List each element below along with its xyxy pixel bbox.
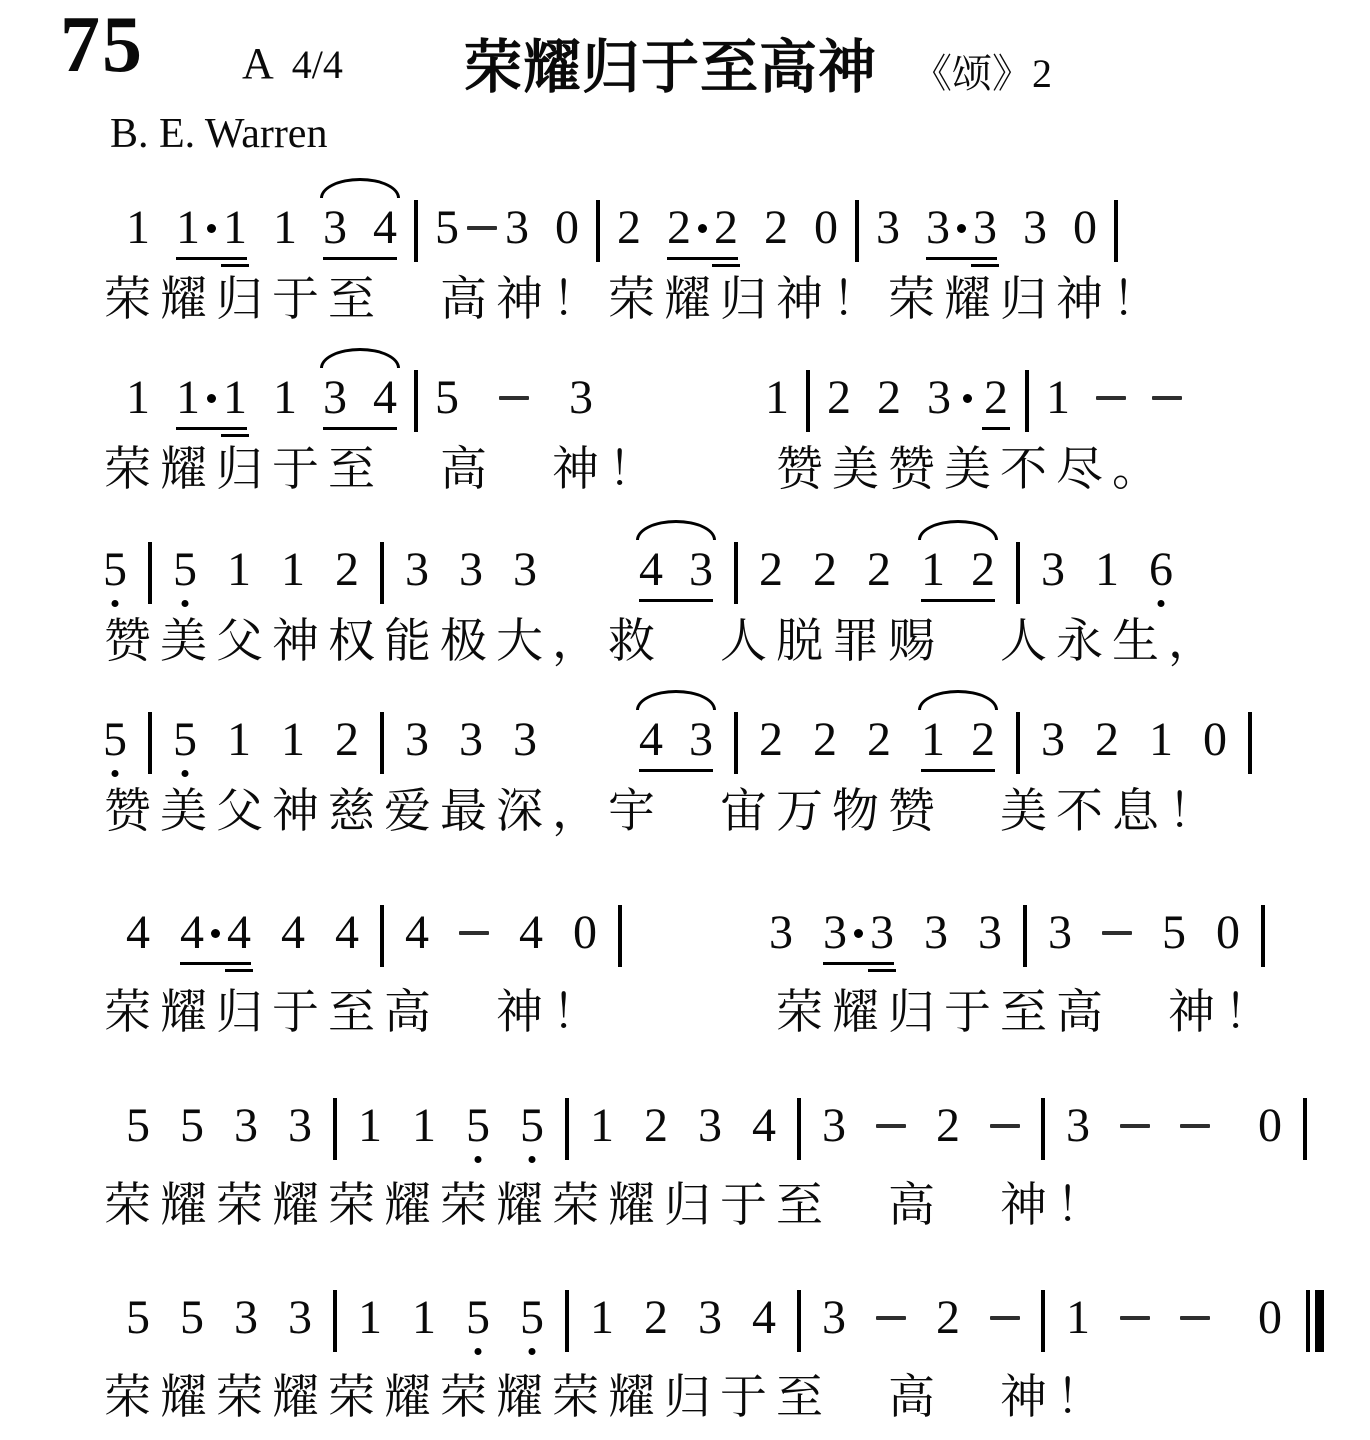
note: 4	[752, 1294, 776, 1342]
note: 5	[103, 546, 127, 594]
note: 3	[1048, 909, 1072, 957]
rest-note: 0	[573, 909, 597, 957]
note: 5	[435, 204, 459, 252]
note: 4	[373, 204, 397, 252]
duration-dash	[499, 396, 529, 401]
barline	[565, 1098, 569, 1160]
notation-row: 5511233343222123210	[0, 708, 1370, 772]
low-octave-dot	[1158, 600, 1165, 607]
note: 2	[877, 374, 901, 422]
hymn-title: 荣耀归于至高神	[464, 20, 877, 104]
rest-note: 0	[1258, 1294, 1282, 1342]
note: 1	[1046, 374, 1070, 422]
beam-underline	[180, 962, 251, 966]
note: 1	[1066, 1294, 1090, 1342]
barline	[1023, 905, 1027, 967]
slur-arc	[636, 690, 716, 710]
duration-dash	[990, 1316, 1020, 1321]
note: 3	[926, 204, 950, 252]
duration-dash	[1180, 1316, 1210, 1321]
barline	[734, 542, 738, 604]
note: 2	[759, 716, 783, 764]
beam-group: 11	[176, 374, 247, 422]
note: 3	[505, 204, 529, 252]
note: 2	[813, 716, 837, 764]
barline	[333, 1098, 337, 1160]
note: 5	[466, 1102, 490, 1150]
note: 2	[813, 546, 837, 594]
low-octave-dot	[112, 600, 119, 607]
lyrics-row: 赞美父神权能极大，救 人脱罪赐 人永生，	[0, 614, 1370, 668]
note: 3	[973, 204, 997, 252]
note: 2	[617, 204, 641, 252]
note: 5	[126, 1102, 150, 1150]
note: 3	[822, 1102, 846, 1150]
note: 3	[823, 909, 847, 957]
final-barline	[1306, 1290, 1324, 1352]
note: 3	[405, 716, 429, 764]
note: 2	[936, 1294, 960, 1342]
note: 1	[126, 204, 150, 252]
note: 1	[281, 546, 305, 594]
low-octave-dot	[182, 770, 189, 777]
music-line: 5511233343222123210赞美父神慈爱最深，宇 宙万物赞 美不息！	[0, 708, 1370, 838]
beam-underline	[712, 264, 740, 268]
duration-dash	[1096, 396, 1126, 401]
music-line: 5533115512343210荣耀荣耀荣耀荣耀荣耀归于至 高 神！	[0, 1286, 1370, 1424]
note: 3	[870, 909, 894, 957]
slur-arc	[636, 520, 716, 540]
note: 2	[971, 716, 995, 764]
beam-underline	[221, 264, 249, 268]
notation-row: 1111345302222033330	[0, 196, 1370, 260]
low-octave-dot	[182, 600, 189, 607]
barline	[797, 1098, 801, 1160]
note: 4	[180, 909, 204, 957]
rest-note: 0	[1203, 716, 1227, 764]
duration-dot	[963, 394, 972, 403]
note: 3	[288, 1102, 312, 1150]
note: 5	[126, 1294, 150, 1342]
note: 3	[1041, 546, 1065, 594]
slur-group: 34	[323, 374, 397, 422]
barline	[1041, 1098, 1045, 1160]
low-octave-dot	[529, 1348, 536, 1355]
low-octave-dot	[475, 1348, 482, 1355]
note: 3	[978, 909, 1002, 957]
barline	[565, 1290, 569, 1352]
note: 1	[126, 374, 150, 422]
music-line: 551123334322212316赞美父神权能极大，救 人脱罪赐 人永生，	[0, 538, 1370, 668]
note: 1	[223, 374, 247, 422]
slur-group: 34	[323, 204, 397, 252]
note: 3	[822, 1294, 846, 1342]
barline	[148, 542, 152, 604]
low-octave-dot	[475, 1156, 482, 1163]
note: 4	[335, 909, 359, 957]
note: 5	[173, 716, 197, 764]
music-line: 11113453122321荣耀归于至 高 神！ 赞美赞美不尽。	[0, 366, 1370, 496]
composer-name: B. E. Warren	[110, 110, 327, 158]
note: 1	[590, 1102, 614, 1150]
beam-underline	[921, 599, 995, 603]
note: 2	[936, 1102, 960, 1150]
note: 1	[273, 374, 297, 422]
slur-group: 43	[639, 716, 713, 764]
barline	[734, 712, 738, 774]
note: 3	[876, 204, 900, 252]
note: 2	[759, 546, 783, 594]
rest-note: 0	[1258, 1102, 1282, 1150]
beam-underline	[323, 257, 397, 261]
note: 3	[927, 374, 951, 422]
note: 2	[335, 546, 359, 594]
note: 6	[1149, 546, 1173, 594]
duration-dash	[1180, 1124, 1210, 1129]
slur-arc	[918, 690, 998, 710]
beam-underline	[868, 969, 896, 973]
note: 1	[590, 1294, 614, 1342]
barline	[618, 905, 622, 967]
barline	[855, 200, 859, 262]
notation-row: 5533115512343230	[0, 1094, 1370, 1158]
duration-dash	[1120, 1316, 1150, 1321]
slur-group: 12	[921, 716, 995, 764]
note: 4	[281, 909, 305, 957]
beam-group: 33	[823, 909, 894, 957]
note: 1	[227, 716, 251, 764]
barline	[380, 712, 384, 774]
barline	[380, 905, 384, 967]
barline	[1303, 1098, 1307, 1160]
barline	[1114, 200, 1118, 262]
music-line: 4444444033333350荣耀归于至高 神！ 荣耀归于至高 神！	[0, 901, 1370, 1039]
time-signature: 4/4	[292, 42, 343, 87]
barline	[414, 200, 418, 262]
notation-row: 551123334322212316	[0, 538, 1370, 602]
lyrics-row: 荣耀归于至 高 神！ 赞美赞美不尽。	[0, 442, 1370, 496]
duration-dash	[1152, 396, 1182, 401]
note: 4	[752, 1102, 776, 1150]
note: 2	[644, 1294, 668, 1342]
note: 5	[520, 1102, 544, 1150]
note: 3	[513, 716, 537, 764]
barline	[380, 542, 384, 604]
note: 3	[698, 1102, 722, 1150]
duration-dot	[698, 224, 707, 233]
note: 3	[924, 909, 948, 957]
note: 5	[520, 1294, 544, 1342]
duration-dash	[876, 1316, 906, 1321]
beam-underline	[221, 434, 249, 438]
note: 1	[921, 716, 945, 764]
note: 3	[459, 546, 483, 594]
hymn-number: 75	[60, 0, 144, 91]
hymn-sheet: { "header": { "number": "75", "key": "A"…	[0, 0, 1370, 1440]
note: 4	[405, 909, 429, 957]
beam-underline	[176, 257, 247, 261]
note: 1	[412, 1294, 436, 1342]
note: 5	[435, 374, 459, 422]
beam-underline	[823, 962, 894, 966]
beam-group: 11	[176, 204, 247, 252]
lyrics-row: 荣耀归于至高 神！ 荣耀归于至高 神！	[0, 985, 1370, 1039]
rest-note: 0	[1073, 204, 1097, 252]
note: 5	[180, 1294, 204, 1342]
music-line: 1111345302222033330荣耀归于至 高神！荣耀归神！荣耀归神！	[0, 196, 1370, 326]
note: 5	[180, 1102, 204, 1150]
note: 1	[921, 546, 945, 594]
slur-arc	[918, 520, 998, 540]
note: 5	[466, 1294, 490, 1342]
collection-reference: 《颂》2	[912, 42, 1052, 99]
duration-dash	[459, 931, 489, 936]
beam-underline	[639, 769, 713, 773]
note: 5	[1162, 909, 1186, 957]
rest-note: 0	[1216, 909, 1240, 957]
note: 2	[764, 204, 788, 252]
note: 3	[513, 546, 537, 594]
note: 1	[1149, 716, 1173, 764]
note: 4	[373, 374, 397, 422]
note: 1	[358, 1102, 382, 1150]
notation-row: 5533115512343210	[0, 1286, 1370, 1350]
barline	[596, 200, 600, 262]
note: 3	[689, 716, 713, 764]
note: 3	[459, 716, 483, 764]
note: 3	[323, 374, 347, 422]
barline	[333, 1290, 337, 1352]
notation-row: 4444444033333350	[0, 901, 1370, 965]
note: 1	[176, 374, 200, 422]
beam-underline	[982, 427, 1010, 431]
note: 1	[227, 546, 251, 594]
beam-group: 22	[667, 204, 738, 252]
note: 2	[1095, 716, 1119, 764]
beam-underline	[225, 969, 253, 973]
note: 2	[644, 1102, 668, 1150]
beam-underline	[323, 427, 397, 431]
barline	[797, 1290, 801, 1352]
note: 1	[223, 204, 247, 252]
note: 2	[667, 204, 691, 252]
note: 2	[867, 716, 891, 764]
key-meter: A4/4	[242, 38, 343, 89]
duration-dash	[876, 1124, 906, 1129]
note: 3	[1041, 716, 1065, 764]
duration-dot	[207, 224, 216, 233]
beam-underline	[921, 769, 995, 773]
lyrics-row: 荣耀归于至 高神！荣耀归神！荣耀归神！	[0, 272, 1370, 326]
barline	[806, 370, 810, 432]
lyrics-row: 荣耀荣耀荣耀荣耀荣耀归于至 高 神！	[0, 1178, 1370, 1232]
barline	[1041, 1290, 1045, 1352]
note: 2	[335, 716, 359, 764]
slur-group: 12	[921, 546, 995, 594]
slur-arc	[320, 178, 400, 198]
note: 1	[281, 716, 305, 764]
key-signature: A	[242, 39, 274, 88]
rest-note: 0	[555, 204, 579, 252]
note: 3	[1066, 1102, 1090, 1150]
barline	[1016, 542, 1020, 604]
note: 1	[412, 1102, 436, 1150]
duration-dot	[211, 929, 220, 938]
note: 2	[867, 546, 891, 594]
barline	[1025, 370, 1029, 432]
note: 1	[273, 204, 297, 252]
slur-group: 43	[639, 546, 713, 594]
barline	[1248, 712, 1252, 774]
notation-row: 11113453122321	[0, 366, 1370, 430]
beam-underline	[667, 257, 738, 261]
note: 1	[358, 1294, 382, 1342]
duration-dot	[854, 929, 863, 938]
note: 1	[176, 204, 200, 252]
duration-dash	[990, 1124, 1020, 1129]
note: 5	[173, 546, 197, 594]
barline	[1261, 905, 1265, 967]
low-octave-dot	[112, 770, 119, 777]
barline	[1016, 712, 1020, 774]
note: 3	[234, 1294, 258, 1342]
beam-underline	[639, 599, 713, 603]
note: 1	[1095, 546, 1119, 594]
note: 3	[569, 374, 593, 422]
note: 4	[126, 909, 150, 957]
duration-dot	[957, 224, 966, 233]
note: 2	[971, 546, 995, 594]
beam-underline	[926, 257, 997, 261]
note: 3	[1023, 204, 1047, 252]
note: 4	[639, 716, 663, 764]
lyrics-row: 赞美父神慈爱最深，宇 宙万物赞 美不息！	[0, 784, 1370, 838]
slur-arc	[320, 348, 400, 368]
note: 5	[103, 716, 127, 764]
note: 1	[765, 374, 789, 422]
note: 4	[519, 909, 543, 957]
duration-dot	[207, 394, 216, 403]
barline	[414, 370, 418, 432]
note: 4	[639, 546, 663, 594]
note: 2	[714, 204, 738, 252]
note: 3	[769, 909, 793, 957]
lyrics-row: 荣耀荣耀荣耀荣耀荣耀归于至 高 神！	[0, 1370, 1370, 1424]
note: 3	[405, 546, 429, 594]
rest-note: 0	[814, 204, 838, 252]
beam-underline	[971, 264, 999, 268]
note: 3	[234, 1102, 258, 1150]
low-octave-dot	[529, 1156, 536, 1163]
duration-dash	[467, 226, 497, 231]
note: 2	[827, 374, 851, 422]
note: 3	[323, 204, 347, 252]
beam-group: 44	[180, 909, 251, 957]
note: 2	[984, 374, 1008, 422]
note: 4	[227, 909, 251, 957]
beam-group: 33	[926, 204, 997, 252]
barline	[148, 712, 152, 774]
duration-dash	[1120, 1124, 1150, 1129]
note: 3	[288, 1294, 312, 1342]
note: 3	[689, 546, 713, 594]
music-line: 5533115512343230荣耀荣耀荣耀荣耀荣耀归于至 高 神！	[0, 1094, 1370, 1232]
note: 3	[698, 1294, 722, 1342]
duration-dash	[1102, 931, 1132, 936]
beam-underline	[176, 427, 247, 431]
